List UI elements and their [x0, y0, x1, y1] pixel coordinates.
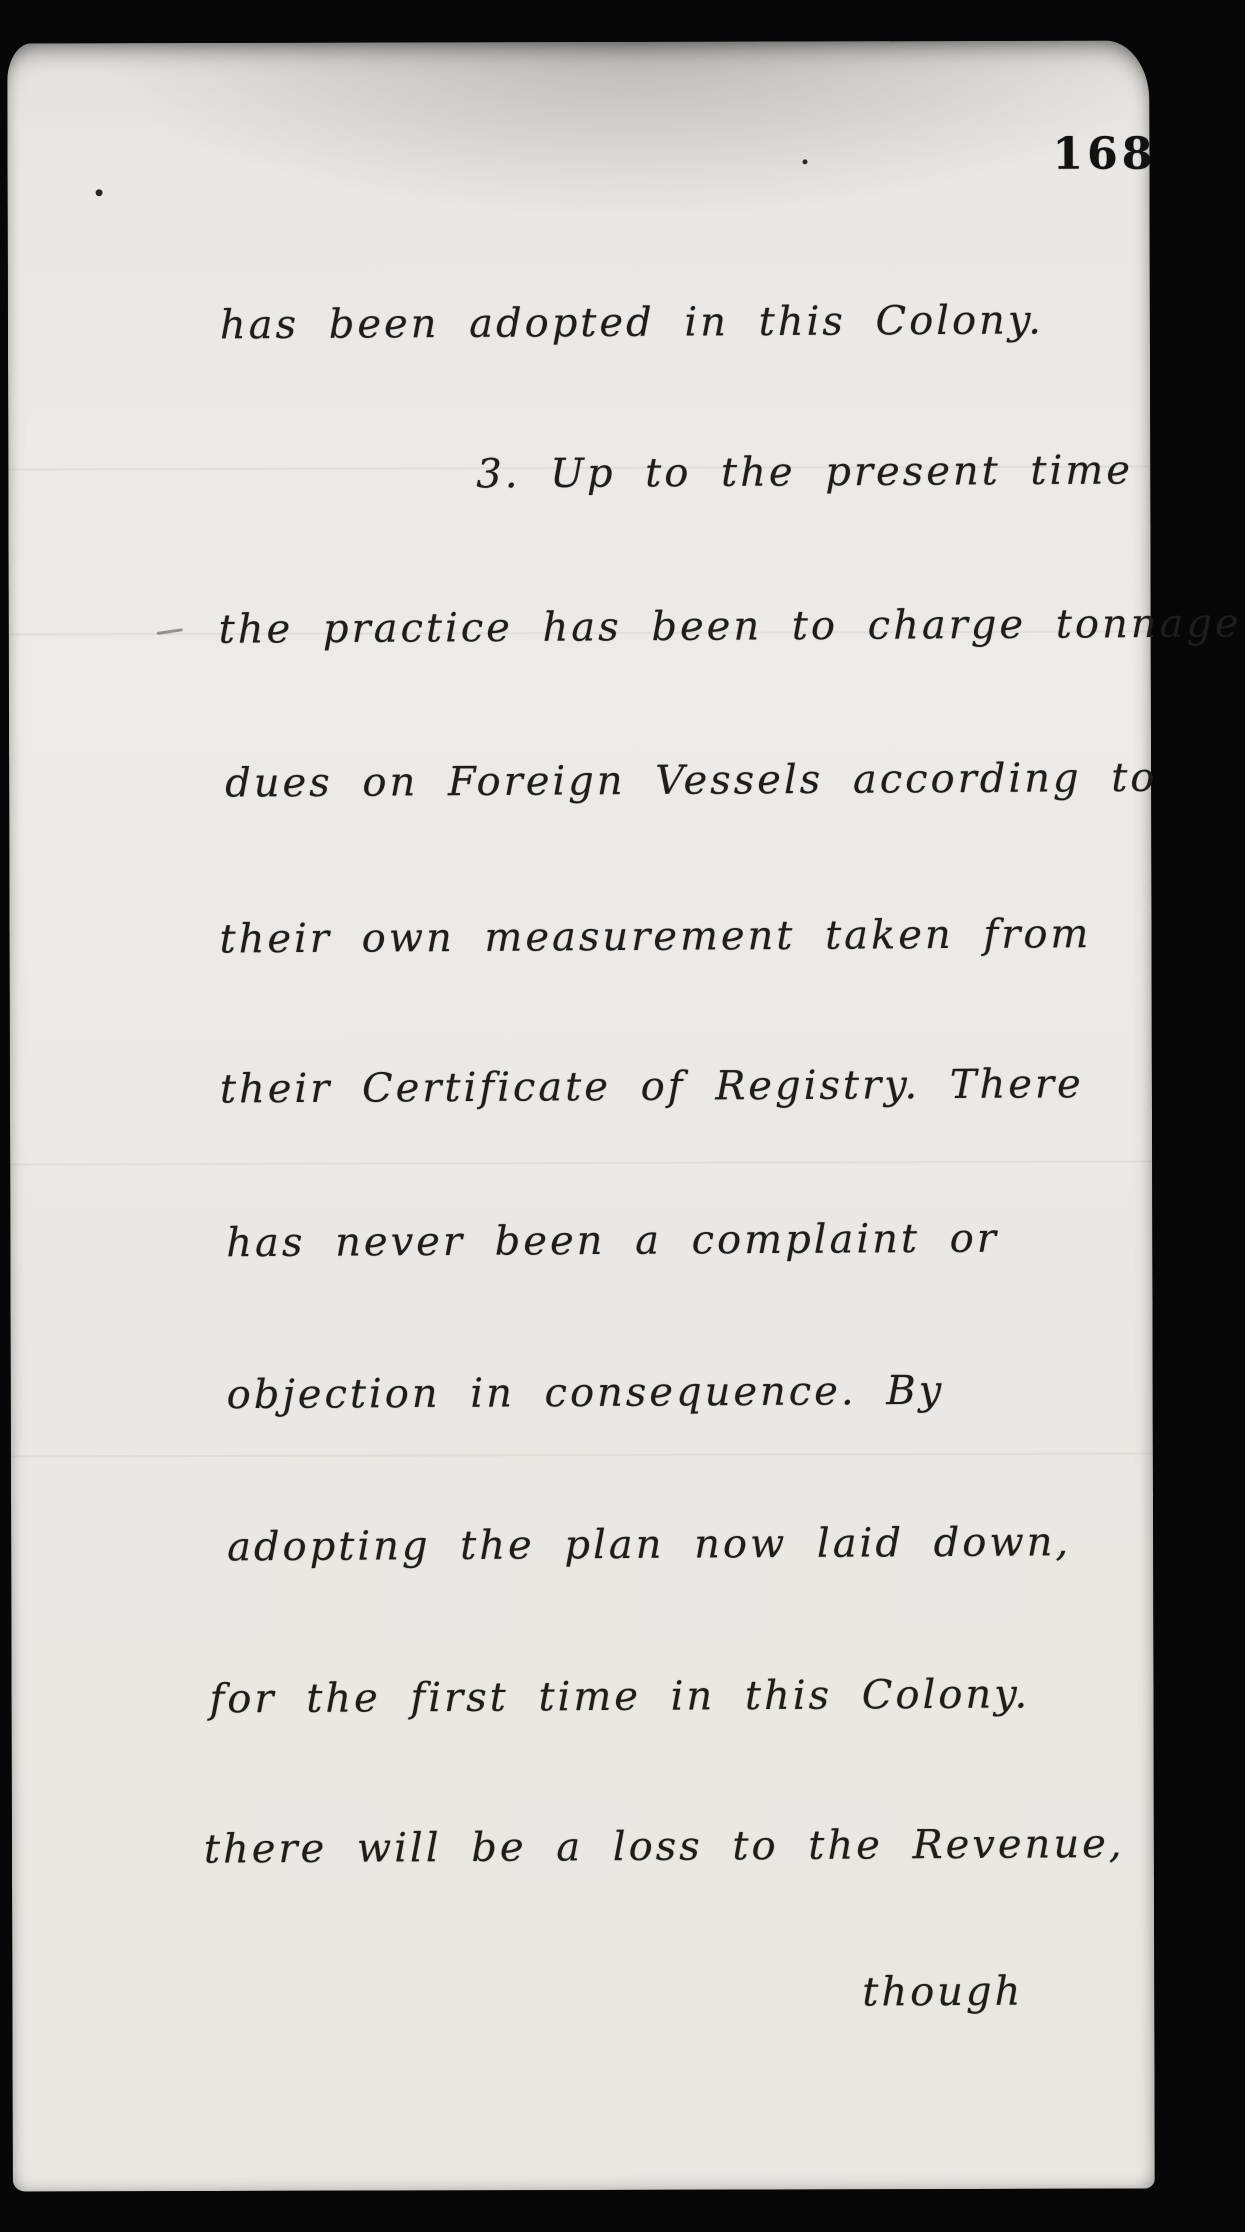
handwritten-line: for the first time in this Colony. [209, 1671, 1030, 1722]
handwritten-line: dues on Foreign Vessels according to [225, 755, 1158, 807]
handwritten-line: has never been a complaint or [226, 1216, 999, 1267]
handwritten-line: adopting the plan now laid down, [227, 1519, 1071, 1570]
ink-speck [802, 159, 807, 164]
page-number: 168 [1052, 128, 1156, 179]
handwritten-line: there will be a loss to the Revenue, [204, 1821, 1125, 1873]
scan-seam [11, 1453, 1153, 1458]
document-scan: 168 has been adopted in this Colony. 3. … [0, 0, 1245, 2232]
handwritten-line: the practice has been to charge tonnage [219, 600, 1242, 652]
handwritten-line: has been adopted in this Colony. [220, 297, 1044, 348]
handwritten-line: objection in consequence. By [227, 1368, 945, 1418]
manuscript-page: 168 has been adopted in this Colony. 3. … [7, 41, 1155, 2192]
handwritten-line: their Certificate of Registry. There [220, 1061, 1084, 1112]
handwritten-line catchword: though [862, 1969, 1023, 2016]
handwritten-line: 3. Up to the present time [476, 447, 1133, 497]
scan-seam [10, 1161, 1152, 1166]
handwritten-line: their own measurement taken from [219, 911, 1091, 962]
ink-speck [96, 189, 103, 196]
